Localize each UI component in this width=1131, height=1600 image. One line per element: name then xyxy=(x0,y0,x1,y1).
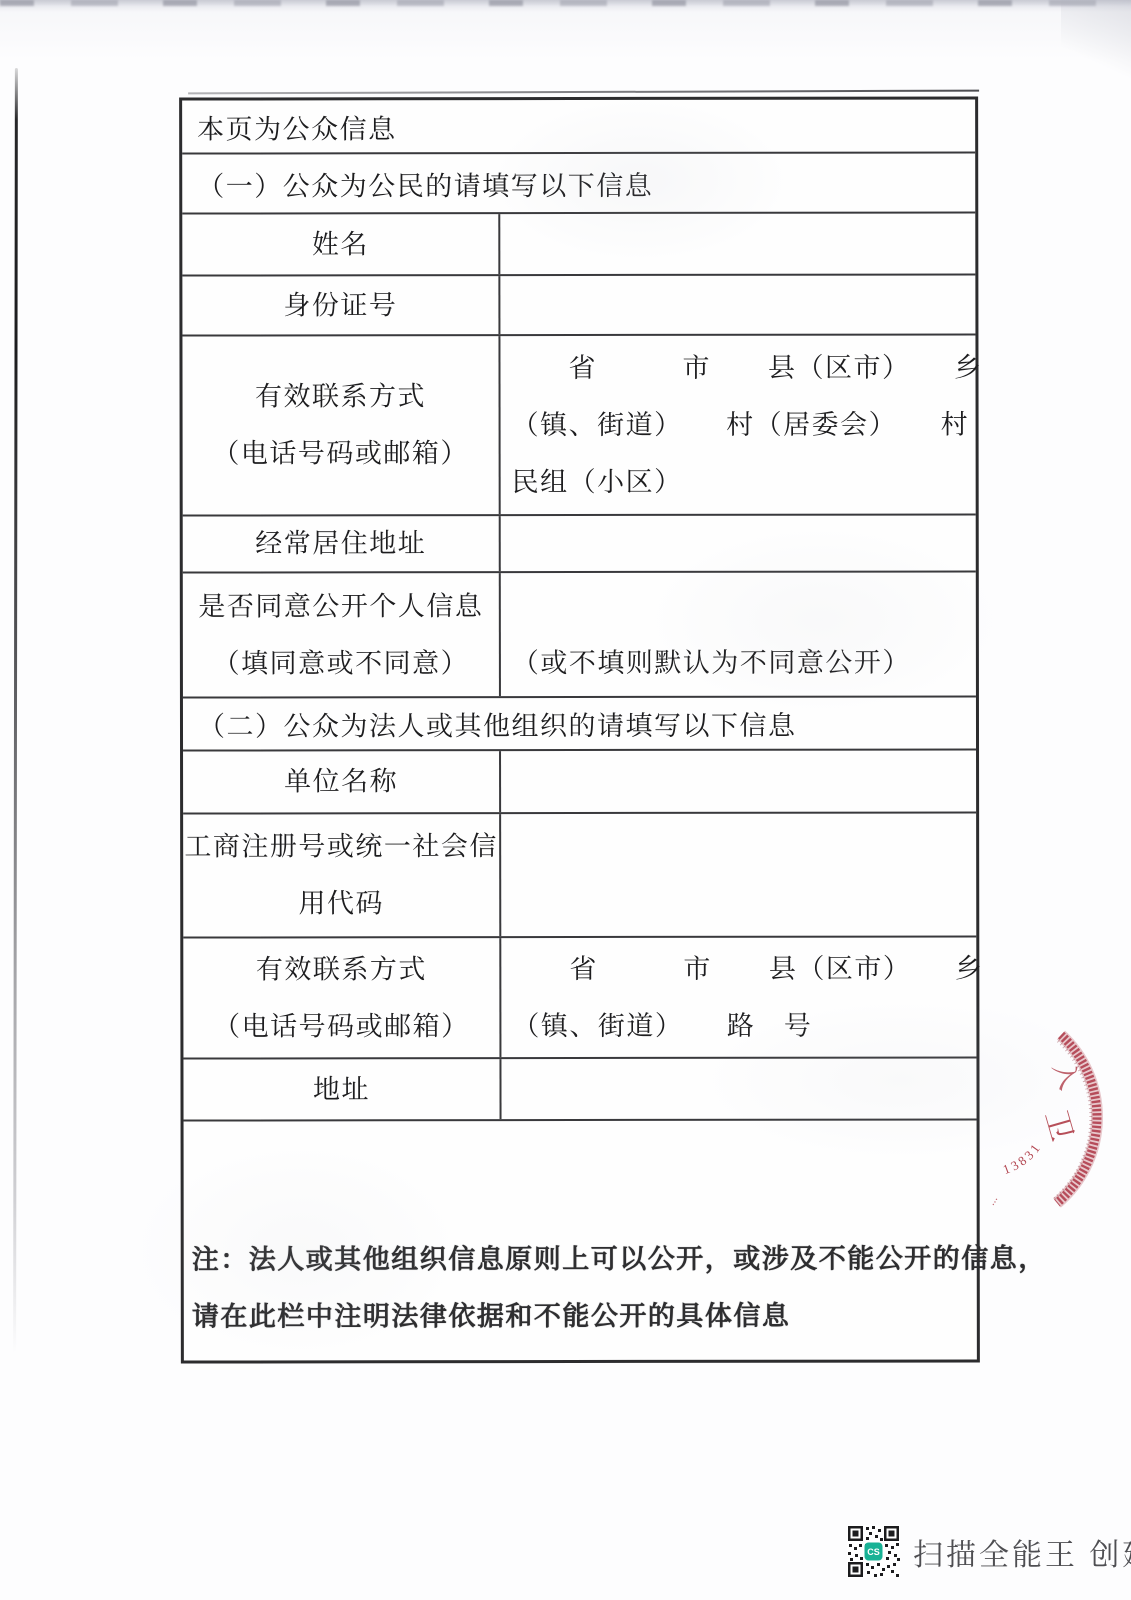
field-row: 经常居住地址 xyxy=(183,515,976,573)
field-label-line: 身份证号 xyxy=(283,277,397,334)
field-row: 身份证号 xyxy=(182,275,975,336)
field-value-cell: 省 市 县（区市） 乡（镇、街道） 村（居委会） 村民组（小区） xyxy=(500,335,982,514)
field-value-line: （或不填则默认为不同意公开） xyxy=(512,634,976,692)
field-label-line: 经常居住地址 xyxy=(255,515,426,572)
field-row: 有效联系方式（电话号码或邮箱） 省 市 县（区市） 乡（镇、街道） 村（居委会）… xyxy=(182,335,975,516)
field-value-line: 民组（小区） xyxy=(512,453,983,511)
note-row: 注：法人或其他组织信息原则上可以公开，或涉及不能公开的信息，请在此栏中注明法律依… xyxy=(184,1120,977,1361)
field-row: 有效联系方式（电话号码或邮箱） 省 市 县（区市） 乡（镇、街道） 路 号 xyxy=(183,937,976,1059)
field-row: 工商注册号或统一社会信用代码 xyxy=(183,813,976,938)
field-label-line: （填同意或不同意） xyxy=(213,635,470,692)
field-label-line: 工商注册号或统一社会信 xyxy=(184,818,498,875)
section-line: （二）公众为法人或其他组织的请填写以下信息 xyxy=(198,703,976,743)
red-seal-stamp: 入 卫 13831 ... xyxy=(985,1022,1131,1222)
field-row: 是否同意公开个人信息（填同意或不同意）（或不填则默认为不同意公开） xyxy=(183,572,976,698)
section-row: （二）公众为法人或其他组织的请填写以下信息 xyxy=(183,697,976,751)
scan-fold-line xyxy=(13,68,18,1353)
field-value-cell: （或不填则默认为不同意公开） xyxy=(501,572,976,696)
field-label-line: 有效联系方式 xyxy=(256,941,427,998)
seal-number: 13831 xyxy=(1001,1139,1045,1177)
field-row: 姓名 xyxy=(182,213,975,276)
field-row: 地址 xyxy=(183,1058,976,1121)
field-value-cell xyxy=(501,813,976,936)
field-label-cell: 单位名称 xyxy=(183,751,501,812)
field-label-line: 地址 xyxy=(313,1061,370,1118)
field-value-cell xyxy=(500,275,975,334)
section-line: 本页为公众信息 xyxy=(197,106,975,146)
field-value-line: 省 市 县（区市） 乡 xyxy=(511,339,982,397)
scanner-credit-text: 扫描全能王 创建 xyxy=(913,1530,1131,1574)
field-row: 单位名称 xyxy=(183,750,976,814)
field-label-line: （电话号码或邮箱） xyxy=(212,425,469,482)
field-value-line: （镇、街道） 村（居委会） 村 xyxy=(512,396,983,454)
field-value-cell xyxy=(500,213,975,274)
field-value-cell xyxy=(501,1058,976,1119)
field-value-line: 省 市 县（区市） 乡 xyxy=(512,940,983,998)
field-label-cell: 身份证号 xyxy=(182,276,500,334)
field-label-line: 有效联系方式 xyxy=(255,368,426,425)
field-label-cell: 姓名 xyxy=(182,214,500,274)
scan-corner-smudge xyxy=(1061,0,1131,100)
field-value-line: （镇、街道） 路 号 xyxy=(512,997,983,1055)
field-value-cell xyxy=(501,750,976,812)
field-label-line: 单位名称 xyxy=(284,753,398,810)
section-row: 本页为公众信息 xyxy=(182,99,975,154)
field-label-cell: 是否同意公开个人信息（填同意或不同意） xyxy=(183,573,501,696)
scanner-credit: CS 扫描全能王 创建 xyxy=(847,1525,1131,1578)
field-label-line: 姓名 xyxy=(312,216,369,273)
section-line: （一）公众为公民的请填写以下信息 xyxy=(197,163,975,203)
field-value-line xyxy=(512,577,976,635)
field-label-cell: 经常居住地址 xyxy=(183,516,501,571)
seal-glyph: 卫 xyxy=(1038,1107,1078,1145)
field-label-line: 是否同意公开个人信息 xyxy=(198,578,483,635)
qr-badge-label: CS xyxy=(867,1547,880,1557)
field-label-cell: 工商注册号或统一社会信用代码 xyxy=(183,814,501,936)
field-label-cell: 地址 xyxy=(183,1059,501,1119)
field-label-cell: 有效联系方式（电话号码或邮箱） xyxy=(182,336,500,514)
field-label-cell: 有效联系方式（电话号码或邮箱） xyxy=(183,938,501,1057)
scan-edge-top xyxy=(0,0,1131,12)
qr-code: CS xyxy=(847,1525,900,1578)
form-table: 本页为公众信息（一）公众为公民的请填写以下信息姓名身份证号有效联系方式（电话号码… xyxy=(179,96,980,1363)
seal-marks: ... xyxy=(985,1193,1000,1208)
note-line: 注：法人或其他组织信息原则上可以公开，或涉及不能公开的信息， xyxy=(192,1230,967,1288)
field-value-cell: 省 市 县（区市） 乡（镇、街道） 路 号 xyxy=(501,937,983,1057)
note-line: 请在此栏中注明法律依据和不能公开的具体信息 xyxy=(192,1287,967,1345)
field-value-cell xyxy=(501,515,976,571)
section-row: （一）公众为公民的请填写以下信息 xyxy=(182,153,975,214)
field-label-line: 用代码 xyxy=(298,875,384,932)
field-label-line: （电话号码或邮箱） xyxy=(213,998,470,1055)
